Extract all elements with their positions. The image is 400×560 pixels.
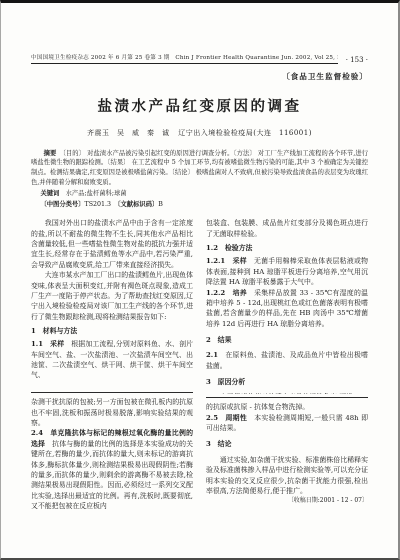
heading-cause-analysis: 3 原因分析	[206, 377, 368, 387]
keywords-line: 关键词 水产品;盐杆菌科;球菌	[31, 189, 368, 198]
authors: 齐震玉 吴 威 秦 诚	[87, 129, 170, 137]
doc-code-value: B	[158, 201, 163, 208]
journal-header: 中国国境卫生检疫杂志 2002 年 6 月第 25 卷第 3 期 Chin J …	[31, 53, 338, 64]
right-column-continued-article: 的抗原或抗原 - 抗体复合物洗掉。 2.5 周期性 本实验检测周期短,一般只需 …	[206, 402, 368, 505]
abstract-text: 〔目的〕 对盐渍水产品被污染引起红变的原因进行调查分析。〔方法〕 对工厂生产线加…	[31, 150, 368, 186]
author-line: 齐震玉 吴 威 秦 诚 辽宁出入境检验检疫局(大连 116001)	[31, 128, 368, 138]
sampling-overflow-paragraph: 包装盒、包装膜、成品鱼片红变部分及褐色斑点进行了无菌取样检验。	[206, 218, 368, 239]
analysis-paragraph: 由于极嗜盐菌对盐渍水产品的污染危害,还没	[206, 392, 368, 394]
clc-label: 〔中图分类号〕	[40, 201, 84, 208]
section-2-5-lead: 2.5 周期性	[206, 414, 247, 422]
right-column: 包装盒、包装膜、成品鱼片红变部分及褐色斑点进行了无菌取样检验。 1.2 检验方法…	[206, 218, 368, 511]
journal-title-cn: 中国国境卫生检疫杂志 2002 年 6 月第 25 卷第 3 期	[31, 55, 170, 61]
heading-materials-methods: 1 材料与方法	[31, 326, 193, 336]
keywords-text: 水产品;盐杆菌科;球菌	[66, 190, 127, 197]
section-1-2-2: 1.2.2 培养 采集样品放置 33 - 35℃有湿度的温箱中培养 5 - 12…	[206, 288, 368, 329]
journal-title-en: Chin J Frontier Health Quarantine Jun. 2…	[175, 55, 337, 61]
sampling-lead: 1.1 采样	[31, 340, 64, 348]
keywords-label: 关键词	[40, 190, 59, 197]
left-column-continued-article: 杂测干扰抗原的包被;另一方面包被在微孔板内的抗原也不牢固,洗板和振荡时极易脱落,…	[31, 397, 193, 511]
sampling-paragraph: 1.1 采样 根据加工流程,分别对原料鱼、水、剖片车间空气、盐、一次盐渍池、一次…	[31, 339, 193, 380]
two-column-body: 我国对外出口的盐渍水产品中由于含有一定浓度的盐,所以不耐盐的微生物不生长,同其他…	[31, 218, 368, 511]
section-2-4-text: 抗体与酶的量的比例的选择是本实验成功的关键所在,若酶的量少,而抗体的量大,则未标…	[31, 440, 193, 510]
received-date: 〔收稿日期:2001 - 12 - 07〕	[206, 496, 368, 505]
section-label: 〔食品卫生监督检验〕	[31, 71, 368, 82]
right-column-main-article: 包装盒、包装膜、成品鱼片红变部分及褐色斑点进行了无菌取样检验。 1.2 检验方法…	[206, 218, 368, 394]
section-2-1-lead: 2.1	[206, 351, 218, 359]
left-column-article-separator	[31, 392, 193, 393]
heading-results: 2 结果	[206, 335, 368, 345]
continued-right-paragraph-1: 的抗原或抗原 - 抗体复合物洗掉。	[206, 402, 368, 412]
intro-paragraph-1: 我国对外出口的盐渍水产品中由于含有一定浓度的盐,所以不耐盐的微生物不生长,同其他…	[31, 218, 193, 270]
left-column: 我国对外出口的盐渍水产品中由于含有一定浓度的盐,所以不耐盐的微生物不生长,同其他…	[31, 218, 193, 511]
section-2-1-text: 在原料鱼、盐渍池、及成品鱼片中皆检出极嗜盐菌。	[206, 351, 368, 369]
scanned-journal-page: 中国国境卫生检疫杂志 2002 年 6 月第 25 卷第 3 期 Chin J …	[0, 0, 400, 560]
abstract-label: 摘要	[44, 150, 57, 157]
section-2-1: 2.1 在原料鱼、盐渍池、及成品鱼片中皆检出极嗜盐菌。	[206, 350, 368, 371]
continued-section-2-4: 2.4 单克隆抗体与标记的辣根过氧化酶的量比例的选择 抗体与酶的量的比例的选择是…	[31, 428, 193, 511]
section-1-2-1-lead: 1.2.1 采样	[206, 257, 247, 265]
affiliation: 辽宁出入境检验检疫局(大连 116001)	[178, 129, 312, 137]
page-number: · 153 ·	[338, 56, 368, 64]
heading-conclusion: 3 结论	[206, 439, 368, 449]
intro-paragraph-2: 大连市某水产加工厂出口的盐渍鳕鱼片,出现鱼体变味,体表呈大面积变红,并附有褐色斑…	[31, 270, 193, 322]
conclusion-paragraph: 通过实验,如杂菌干扰实验、标准菌株倍比稀释实验及标准菌株掺入样品中进行检测实验等…	[206, 455, 368, 496]
heading-test-methods: 1.2 检验方法	[206, 243, 368, 253]
section-1-2-2-lead: 1.2.2 培养	[206, 289, 247, 297]
doc-code-label: 〔文献标识码〕	[117, 201, 158, 208]
section-1-2-1: 1.2.1 采样 无菌手用棉棒采取鱼体表层粘液或物体表面,接种到 HA 琼脂平板…	[206, 256, 368, 287]
left-column-main-article: 我国对外出口的盐渍水产品中由于含有一定浓度的盐,所以不耐盐的微生物不生长,同其他…	[31, 218, 193, 389]
classification-line: 〔中图分类号〕TS201.3 〔文献标识码〕B	[31, 200, 368, 209]
abstract: 摘要 〔目的〕 对盐渍水产品被污染引起红变的原因进行调查分析。〔方法〕 对工厂生…	[31, 149, 368, 188]
continued-section-2-5: 2.5 周期性 本实验检测周期短,一般只需 48h 即可出结果。	[206, 413, 368, 434]
journal-header-row: 中国国境卫生检疫杂志 2002 年 6 月第 25 卷第 3 期 Chin J …	[31, 53, 368, 64]
continued-left-paragraph-1: 杂测干扰抗原的包被;另一方面包被在微孔板内的抗原也不牢固,洗板和振荡时极易脱落,…	[31, 397, 193, 428]
right-column-article-separator	[206, 397, 368, 398]
article-title: 盐渍水产品红变原因的调查	[31, 95, 368, 116]
clc-value: TS201.3	[85, 201, 112, 208]
